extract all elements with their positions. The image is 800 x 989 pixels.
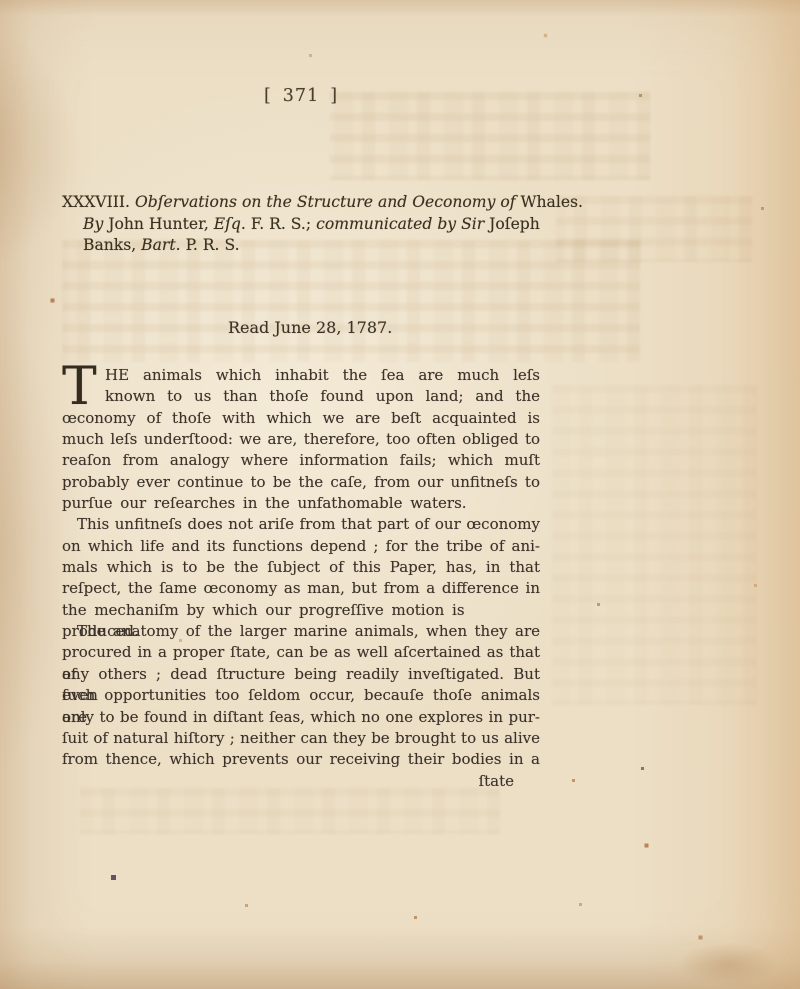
heading-segment: Joſeph (489, 215, 540, 233)
body-line: probably ever continue to be the caſe, f… (62, 472, 540, 493)
bracket-left: [ (264, 86, 272, 106)
page-number: 371 (283, 86, 319, 106)
body-line: HE animals which inhabit the ſea are muc… (62, 365, 540, 386)
body-line: procured in a proper ſtate, can be as we… (62, 642, 540, 663)
heading-segment: communicated by Sir (316, 215, 489, 233)
body-line: purſue our reſearches in the unfathomabl… (62, 493, 540, 514)
drop-cap-initial: T (62, 365, 100, 407)
body-line: only to be found in diſtant ſeas, which … (62, 707, 540, 728)
heading-segment: P. R. S. (186, 236, 240, 254)
bleedthrough-ghost (62, 240, 640, 362)
bleedthrough-ghost (80, 788, 500, 834)
body-line: from thence, which prevents our receivin… (62, 749, 540, 770)
catchword: ſtate (62, 771, 514, 791)
paper-specks (0, 0, 1, 1)
heading-segment: John Hunter, (108, 215, 214, 233)
heading-line-3: Banks, Bart. P. R. S. (62, 235, 572, 257)
body-line: œconomy of thoſe with which we are beſt … (62, 408, 540, 429)
body-line: on which life and its functions depend ;… (62, 536, 540, 557)
body-line: The anatomy of the larger marine animals… (62, 621, 540, 642)
body-line: ſuit of natural hiſtory ; neither can th… (62, 728, 540, 749)
heading-segment: XXXVIII. (62, 193, 135, 211)
heading-segment: Banks, (83, 236, 141, 254)
bracket-right: ] (330, 86, 338, 106)
body-line: any others ; dead ſtructure being readil… (62, 664, 540, 685)
page-number-header: [371] (62, 85, 540, 107)
heading-line-2: By John Hunter, Eſq. F. R. S.; communica… (62, 214, 572, 236)
heading-segment: Bart. (141, 236, 185, 254)
body-line: the mechaniſm by which our progreſſive m… (62, 600, 540, 621)
body-line: reaſon from analogy where information fa… (62, 450, 540, 471)
heading-segment: By (83, 215, 108, 233)
article-body: T HE animals which inhabit the ſea are m… (62, 365, 540, 771)
heading-line-1: XXXVIII. Obſervations on the Structure a… (62, 192, 572, 214)
heading-segment: Whales. (520, 193, 583, 211)
body-line: known to us than thoſe found upon land; … (62, 386, 540, 407)
body-line: mals which is to be the ſubject of this … (62, 557, 540, 578)
body-line: much leſs underſtood: we are, therefore,… (62, 429, 540, 450)
body-line: ſuch opportunities too ſeldom occur, bec… (62, 685, 540, 706)
read-date-line: Read June 28, 1787. (228, 318, 392, 338)
heading-segment: F. R. S.; (251, 215, 316, 233)
bleedthrough-ghost (552, 385, 757, 705)
heading-segment: Eſq. (214, 215, 251, 233)
heading-segment: Obſervations on the Structure and Oecono… (135, 193, 521, 211)
book-page: [371] XXXVIII. Obſervations on the Struc… (0, 0, 800, 989)
body-line: This unfitneſs does not ariſe from that … (62, 514, 540, 535)
article-heading: XXXVIII. Obſervations on the Structure a… (62, 192, 572, 257)
body-line: reſpect, the ſame œconomy as man, but fr… (62, 578, 540, 599)
